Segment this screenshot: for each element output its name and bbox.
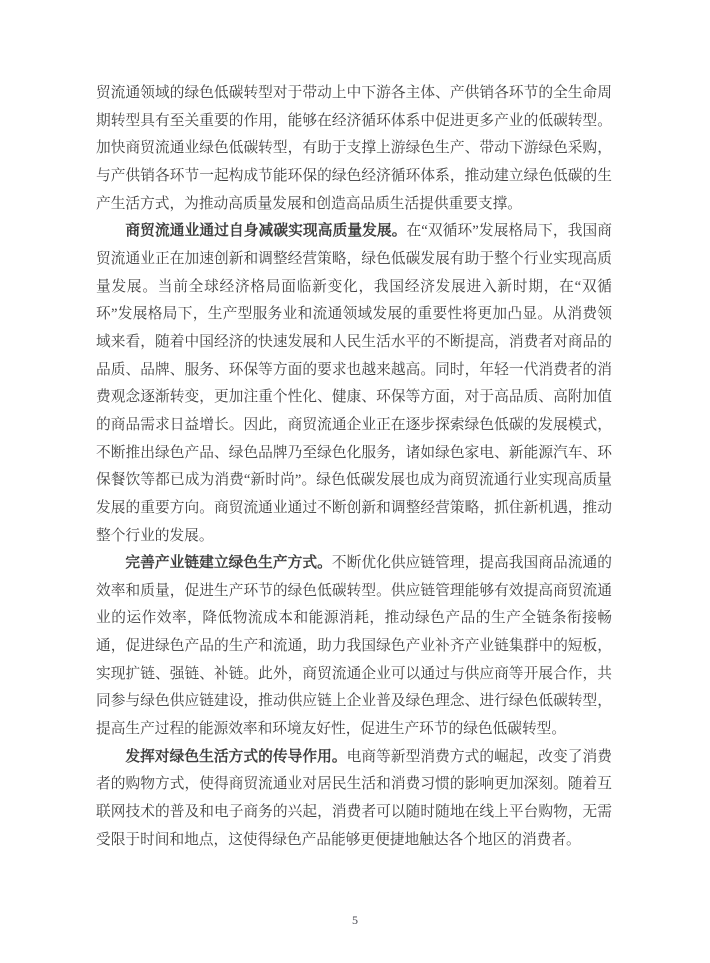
document-page: 贸流通领域的绿色低碳转型对于带动上中下游各主体、产供销各环节的全生命周期转型具有… — [0, 0, 710, 963]
paragraph-2-lead: 商贸流通业通过自身减碳实现高质量发展。 — [125, 223, 406, 239]
paragraph-1: 贸流通领域的绿色低碳转型对于带动上中下游各主体、产供销各环节的全生命周期转型具有… — [96, 80, 612, 218]
paragraph-4-lead: 发挥对绿色生活方式的传导作用。 — [125, 749, 346, 765]
document-body: 贸流通领域的绿色低碳转型对于带动上中下游各主体、产供销各环节的全生命周期转型具有… — [96, 80, 612, 854]
paragraph-2-text: 在“双循环”发展格局下，我国商贸流通业正在加速创新和调整经营策略，绿色低碳发展有… — [96, 223, 612, 543]
paragraph-3-text: 不断优化供应链管理，提高我国商品流通的效率和质量，促进生产环节的绿色低碳转型。供… — [96, 555, 612, 737]
paragraph-3: 完善产业链建立绿色生产方式。不断优化供应链管理，提高我国商品流通的效率和质量，促… — [96, 550, 612, 744]
paragraph-4: 发挥对绿色生活方式的传导作用。电商等新型消费方式的崛起，改变了消费者的购物方式，… — [96, 744, 612, 855]
paragraph-3-lead: 完善产业链建立绿色生产方式。 — [125, 555, 331, 571]
paragraph-1-text: 贸流通领域的绿色低碳转型对于带动上中下游各主体、产供销各环节的全生命周期转型具有… — [96, 85, 612, 212]
paragraph-2: 商贸流通业通过自身减碳实现高质量发展。在“双循环”发展格局下，我国商贸流通业正在… — [96, 218, 612, 550]
page-number: 5 — [0, 913, 710, 927]
